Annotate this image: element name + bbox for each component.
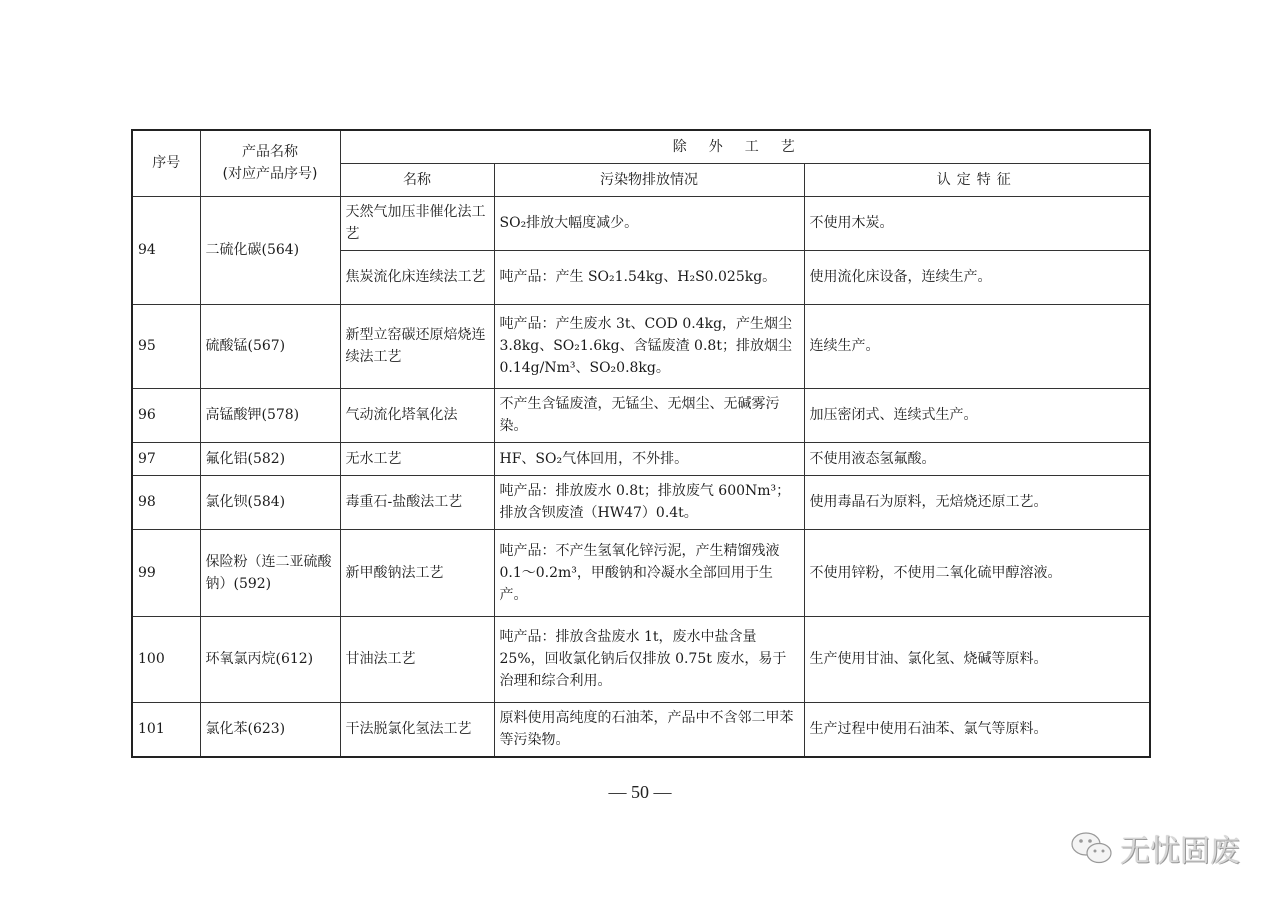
cell-name: 毒重石-盐酸法工艺 xyxy=(340,475,494,529)
cell-name: 气动流化塔氧化法 xyxy=(340,388,494,442)
cell-features: 不使用液态氢氟酸。 xyxy=(804,442,1150,475)
cell-features: 生产过程中使用石油苯、氯气等原料。 xyxy=(804,702,1150,757)
cell-pollution: 吨产品：排放含盐废水 1t，废水中盐含量 25%，回收氯化钠后仅排放 0.75t… xyxy=(494,616,804,702)
wechat-icon xyxy=(1070,829,1114,867)
table-row: 97 氟化铝(582) 无水工艺 HF、SO₂气体回用，不外排。 不使用液态氢氟… xyxy=(132,442,1150,475)
table-row: 96 高锰酸钾(578) 气动流化塔氧化法 不产生含锰废渣，无锰尘、无烟尘、无碱… xyxy=(132,388,1150,442)
table-row: 100 环氧氯丙烷(612) 甘油法工艺 吨产品：排放含盐废水 1t，废水中盐含… xyxy=(132,616,1150,702)
table-row: 98 氯化钡(584) 毒重石-盐酸法工艺 吨产品：排放废水 0.8t；排放废气… xyxy=(132,475,1150,529)
cell-seq: 97 xyxy=(132,442,200,475)
header-product: 产品名称 (对应产品序号) xyxy=(200,130,340,196)
process-table: 序号 产品名称 (对应产品序号) 除外工艺 名称 污染物排放情况 认定特征 94… xyxy=(131,129,1151,758)
cell-pollution: SO₂排放大幅度减少。 xyxy=(494,196,804,250)
cell-name: 焦炭流化床连续法工艺 xyxy=(340,250,494,304)
cell-features: 连续生产。 xyxy=(804,304,1150,388)
cell-pollution: 吨产品：不产生氢氧化锌污泥，产生精馏残液 0.1～0.2m³，甲酸钠和冷凝水全部… xyxy=(494,529,804,616)
cell-pollution: 原料使用高纯度的石油苯，产品中不含邻二甲苯等污染物。 xyxy=(494,702,804,757)
header-product-line2: (对应产品序号) xyxy=(206,163,335,185)
cell-product: 二硫化碳(564) xyxy=(200,196,340,304)
cell-product: 保险粉（连二亚硫酸钠）(592) xyxy=(200,529,340,616)
table-row: 95 硫酸锰(567) 新型立窑碳还原焙烧连续法工艺 吨产品：产生废水 3t、C… xyxy=(132,304,1150,388)
cell-name: 新甲酸钠法工艺 xyxy=(340,529,494,616)
cell-features: 加压密闭式、连续式生产。 xyxy=(804,388,1150,442)
page-number: — 50 — xyxy=(0,782,1280,803)
cell-product: 高锰酸钾(578) xyxy=(200,388,340,442)
cell-name: 天然气加压非催化法工艺 xyxy=(340,196,494,250)
watermark: 无忧固废 xyxy=(1070,826,1240,870)
cell-seq: 100 xyxy=(132,616,200,702)
cell-name: 无水工艺 xyxy=(340,442,494,475)
header-features: 认定特征 xyxy=(804,163,1150,196)
table-row: 94 二硫化碳(564) 天然气加压非催化法工艺 SO₂排放大幅度减少。 不使用… xyxy=(132,196,1150,250)
cell-features: 使用流化床设备，连续生产。 xyxy=(804,250,1150,304)
header-seq: 序号 xyxy=(132,130,200,196)
cell-product: 氟化铝(582) xyxy=(200,442,340,475)
watermark-text: 无忧固废 xyxy=(1120,826,1240,870)
header-name: 名称 xyxy=(340,163,494,196)
cell-features: 不使用木炭。 xyxy=(804,196,1150,250)
cell-product: 环氧氯丙烷(612) xyxy=(200,616,340,702)
cell-features: 不使用锌粉，不使用二氧化硫甲醇溶液。 xyxy=(804,529,1150,616)
cell-name: 新型立窑碳还原焙烧连续法工艺 xyxy=(340,304,494,388)
cell-seq: 96 xyxy=(132,388,200,442)
cell-features: 生产使用甘油、氯化氢、烧碱等原料。 xyxy=(804,616,1150,702)
table-row: 101 氯化苯(623) 干法脱氯化氢法工艺 原料使用高纯度的石油苯，产品中不含… xyxy=(132,702,1150,757)
cell-product: 硫酸锰(567) xyxy=(200,304,340,388)
cell-features: 使用毒晶石为原料，无焙烧还原工艺。 xyxy=(804,475,1150,529)
header-pollution: 污染物排放情况 xyxy=(494,163,804,196)
cell-name: 干法脱氯化氢法工艺 xyxy=(340,702,494,757)
table-row: 99 保险粉（连二亚硫酸钠）(592) 新甲酸钠法工艺 吨产品：不产生氢氧化锌污… xyxy=(132,529,1150,616)
cell-seq: 99 xyxy=(132,529,200,616)
cell-seq: 98 xyxy=(132,475,200,529)
cell-pollution: 吨产品：产生 SO₂1.54kg、H₂S0.025kg。 xyxy=(494,250,804,304)
cell-pollution: 吨产品：排放废水 0.8t；排放废气 600Nm³；排放含钡废渣（HW47）0.… xyxy=(494,475,804,529)
cell-product: 氯化苯(623) xyxy=(200,702,340,757)
cell-pollution: 吨产品：产生废水 3t、COD 0.4kg，产生烟尘 3.8kg、SO₂1.6k… xyxy=(494,304,804,388)
cell-product: 氯化钡(584) xyxy=(200,475,340,529)
cell-pollution: HF、SO₂气体回用，不外排。 xyxy=(494,442,804,475)
cell-seq: 95 xyxy=(132,304,200,388)
cell-seq: 94 xyxy=(132,196,200,304)
cell-name: 甘油法工艺 xyxy=(340,616,494,702)
cell-pollution: 不产生含锰废渣，无锰尘、无烟尘、无碱雾污染。 xyxy=(494,388,804,442)
header-excluded-process: 除外工艺 xyxy=(340,130,1150,163)
header-product-line1: 产品名称 xyxy=(206,141,335,163)
cell-seq: 101 xyxy=(132,702,200,757)
